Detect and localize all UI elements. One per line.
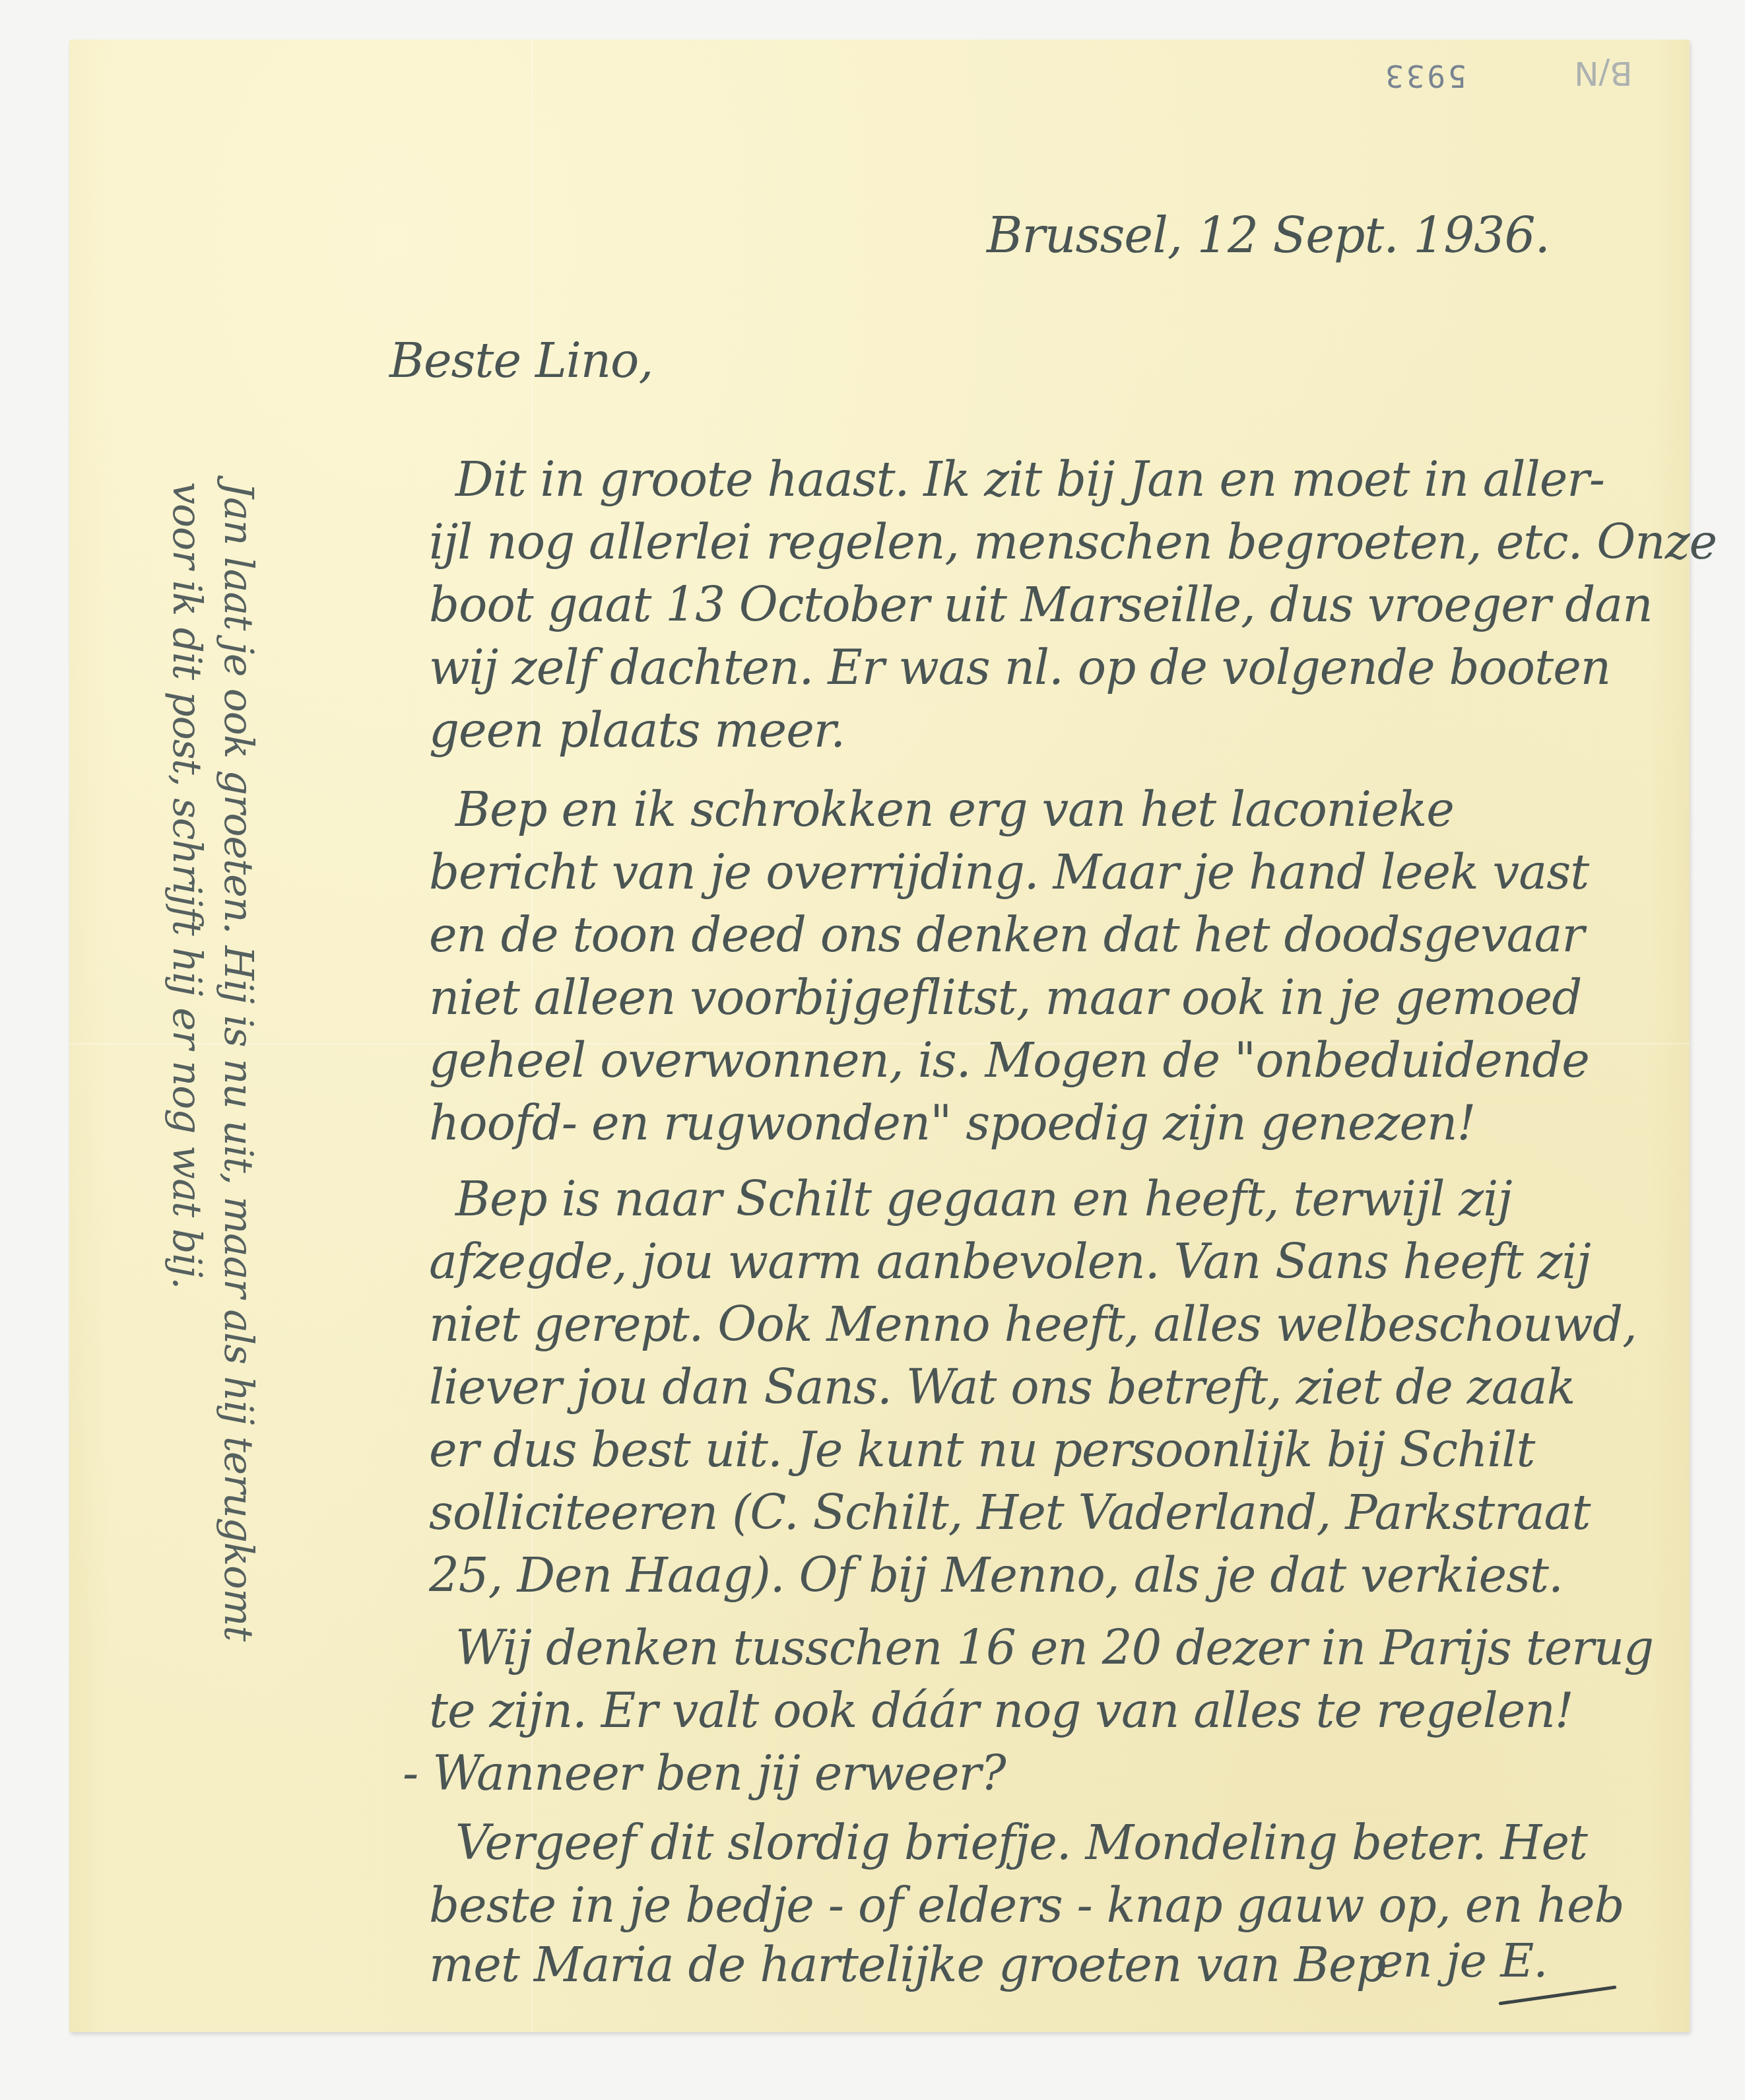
body-line: niet gerept. Ook Menno heeft, alles welb… xyxy=(429,1301,1637,1348)
body-line: niet alleen voorbijgeflitst, maar ook in… xyxy=(429,974,1581,1021)
body-line: wij zelf dachten. Er was nl. op de volge… xyxy=(429,644,1610,691)
body-line: Dit in groote haast. Ik zit bij Jan en m… xyxy=(455,456,1604,503)
body-line: - Wanneer ben jij erweer? xyxy=(403,1749,1006,1797)
margin-note-vertical: Jan laat je ook groeten. Hij is nu uit, … xyxy=(161,482,264,1641)
margin-note-line: Jan laat je ook groeten. Hij is nu uit, … xyxy=(213,482,264,1641)
body-line: met Maria de hartelijke groeten van Bep xyxy=(429,1941,1386,1988)
body-line: liever jou dan Sans. Wat ons betreft, zi… xyxy=(429,1363,1575,1411)
body-line: er dus best uit. Je kunt nu persoonlijk … xyxy=(429,1426,1534,1473)
body-line: Wij denken tusschen 16 en 20 dezer in Pa… xyxy=(455,1624,1653,1672)
body-line: ijl nog allerlei regelen, menschen begro… xyxy=(429,518,1717,566)
archive-stamp-number: 5933 xyxy=(1383,58,1466,94)
body-line: Bep is naar Schilt gegaan en heeft, terw… xyxy=(455,1175,1512,1223)
body-line: geheel overwonnen, is. Mogen de "onbedui… xyxy=(429,1036,1589,1084)
body-line: boot gaat 13 October uit Marseille, dus … xyxy=(429,581,1653,628)
body-line: hoofd- en rugwonden" spoedig zijn geneze… xyxy=(429,1099,1475,1147)
body-line: solliciteeren (C. Schilt, Het Vaderland,… xyxy=(429,1489,1590,1536)
letter-salutation: Beste Lino, xyxy=(389,337,653,384)
body-line: beste in je bedje - of elders - knap gau… xyxy=(429,1881,1624,1929)
letter-dateline: Brussel, 12 Sept. 1936. xyxy=(987,211,1550,260)
body-line: Bep en ik schrokken erg van het laconiek… xyxy=(455,786,1454,833)
margin-note-line: voor ik dit post, schrijft hij er nog wa… xyxy=(161,482,213,1641)
body-line: afzegde, jou warm aanbevolen. Van Sans h… xyxy=(429,1238,1591,1285)
letter-signature: en je E. xyxy=(1376,1938,1548,1984)
body-line: te zijn. Er valt ook dáár nog van alles … xyxy=(429,1687,1573,1734)
body-line: geen plaats meer. xyxy=(429,706,845,754)
archive-pencil-mark: B/N xyxy=(1574,54,1633,92)
body-line: 25, Den Haag). Of bij Menno, als je dat … xyxy=(429,1551,1563,1599)
body-line: en de toon deed ons denken dat het doods… xyxy=(429,911,1584,959)
body-line: bericht van je overrijding. Maar je hand… xyxy=(429,848,1589,896)
body-line: Vergeef dit slordig briefje. Mondeling b… xyxy=(455,1819,1587,1866)
